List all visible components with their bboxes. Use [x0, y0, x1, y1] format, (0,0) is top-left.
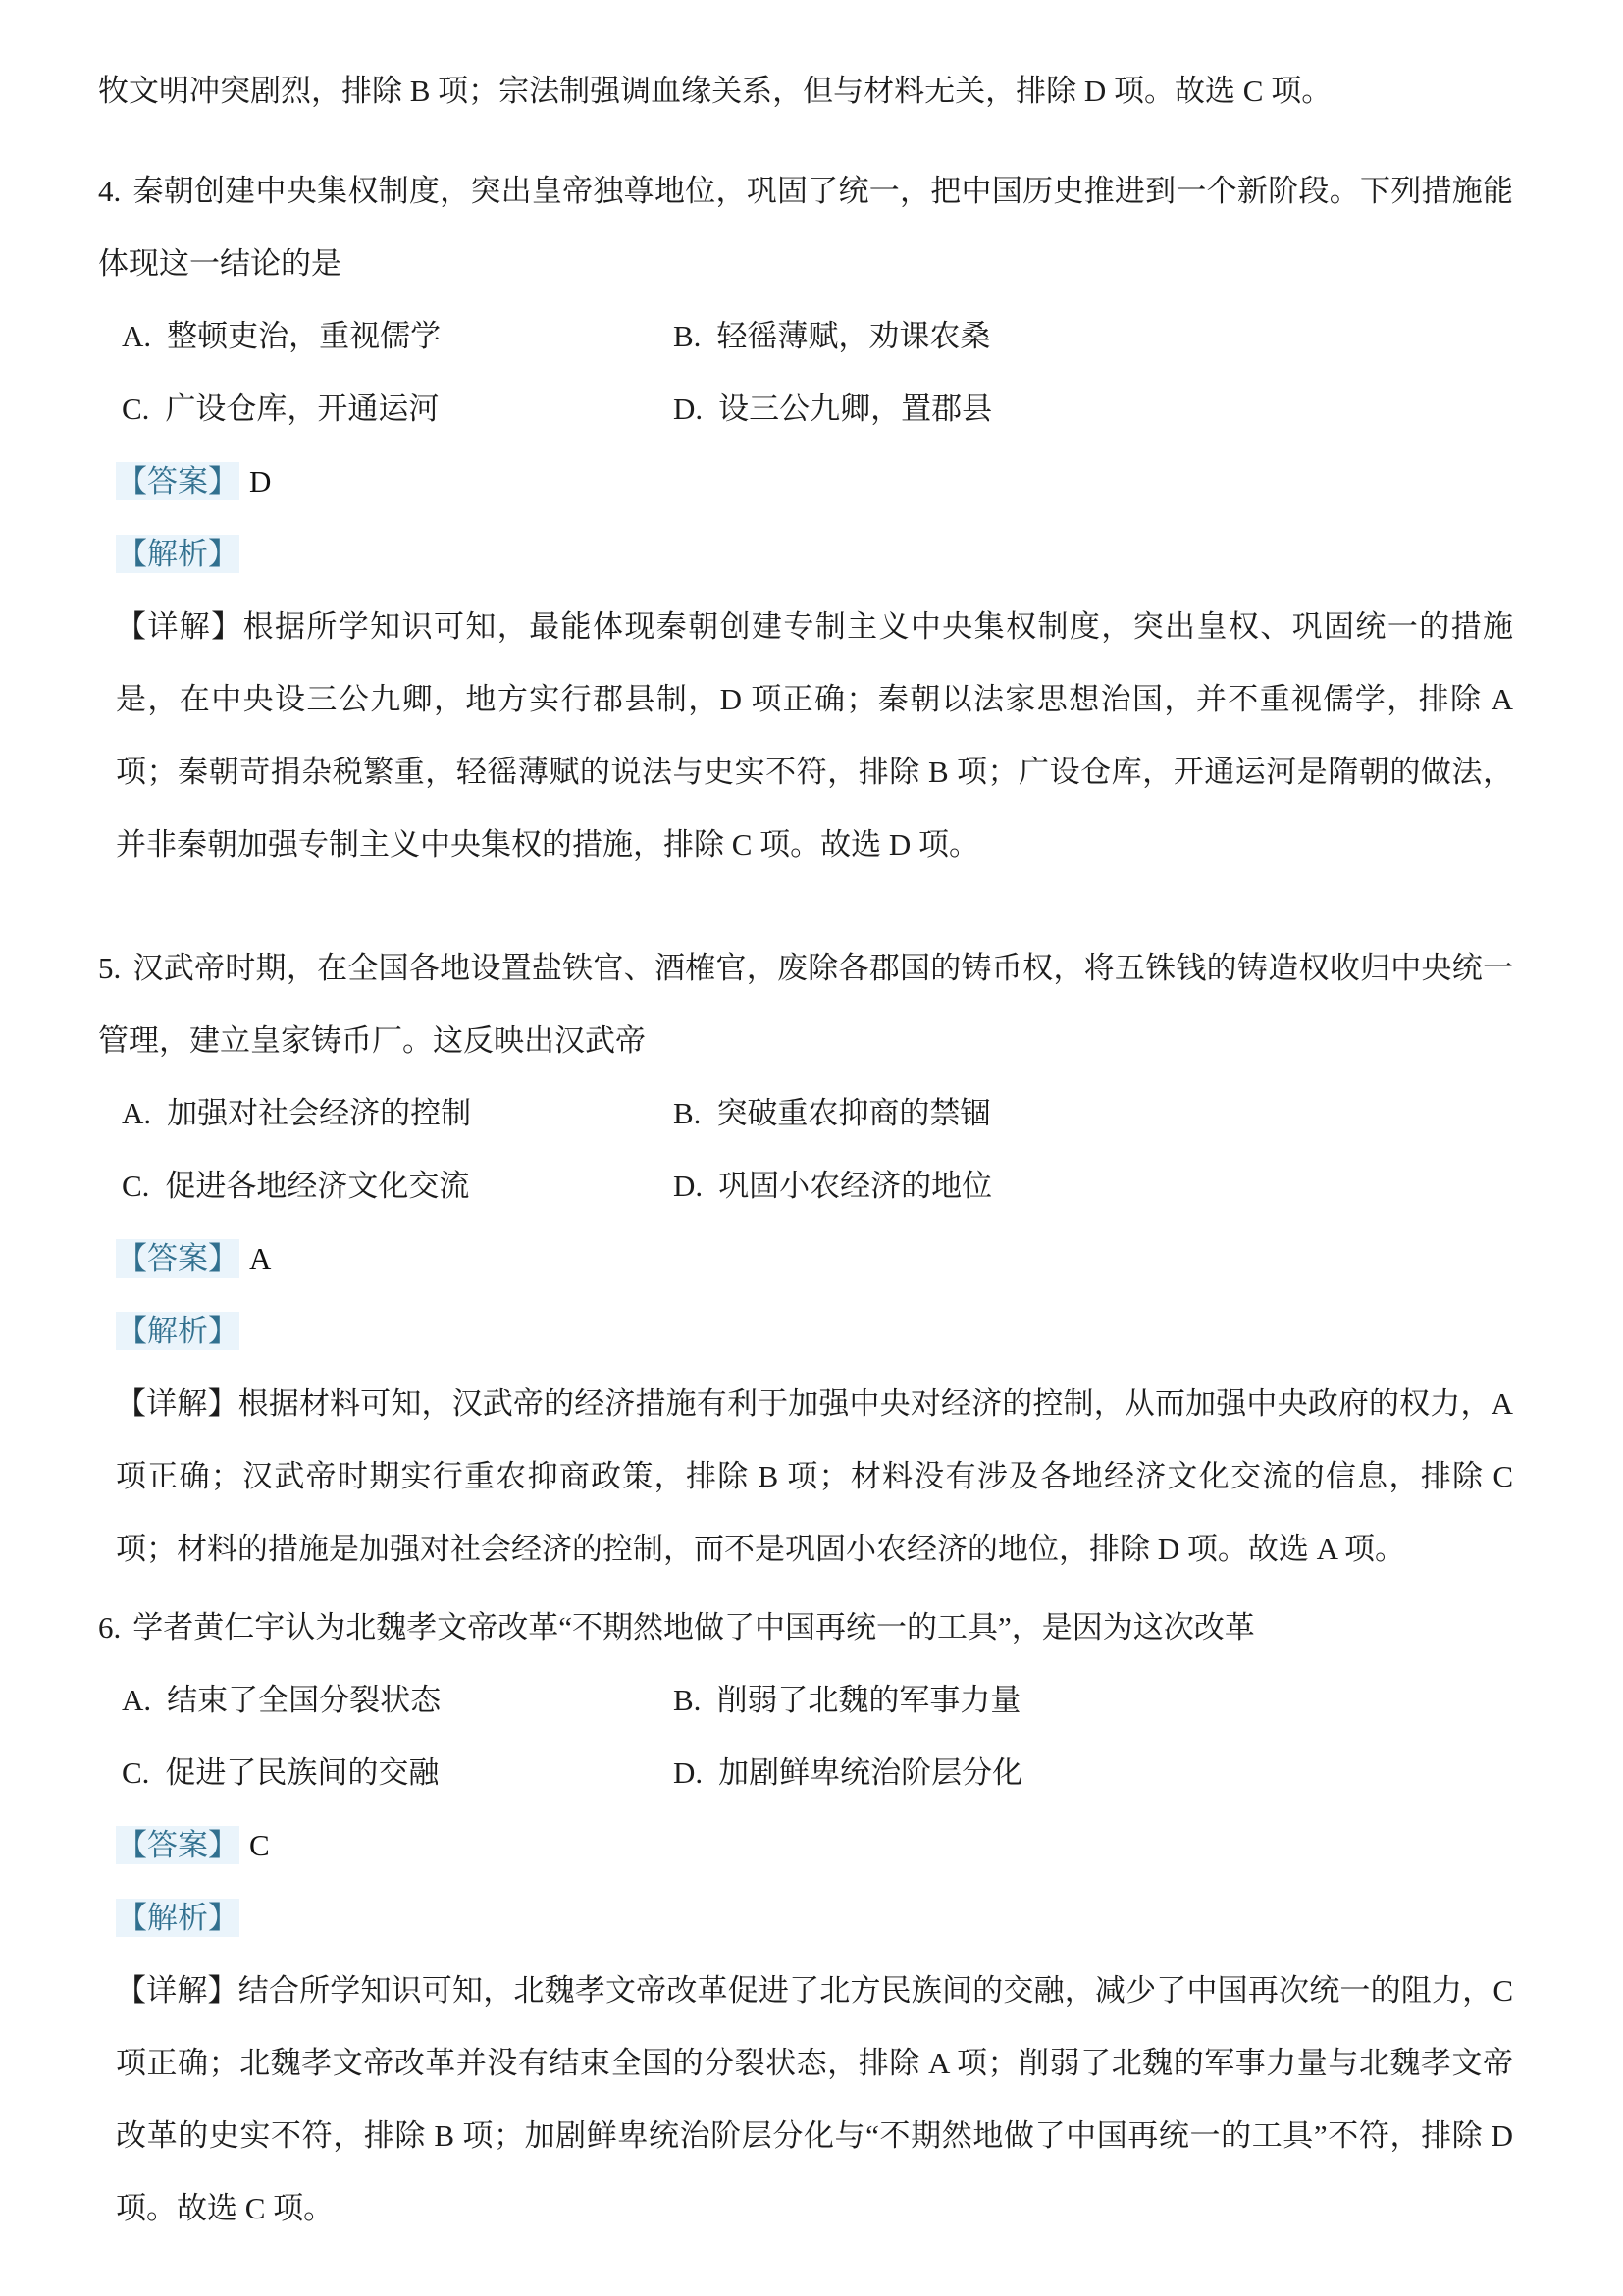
answer-label: 【答案】	[116, 1239, 239, 1278]
option-d: D.巩固小农经济的地位	[673, 1150, 1513, 1223]
option-label: D.	[673, 1169, 703, 1203]
option-a: A.整顿吏治，重视儒学	[122, 300, 673, 373]
detail-label: 【详解】	[116, 1386, 238, 1421]
question-stem-text: 秦朝创建中央集权制度，突出皇帝独尊地位，巩固了统一，把中国历史推进到一个新阶段。…	[98, 174, 1513, 281]
analysis-line: 【解析】	[98, 1295, 1513, 1368]
detail-label: 【详解】	[116, 609, 243, 644]
analysis-label: 【解析】	[116, 1899, 239, 1937]
question-block-5: 5.汉武帝时期，在全国各地设置盐铁官、酒榷官，废除各郡国的铸币权，将五铢钱的铸造…	[98, 932, 1513, 1586]
option-b: B.突破重农抑商的禁锢	[673, 1077, 1513, 1150]
answer-line: 【答案】D	[98, 445, 1513, 518]
answer-letter: C	[249, 1828, 270, 1862]
analysis-line: 【解析】	[98, 1882, 1513, 1955]
option-b: B.轻徭薄赋，劝课农桑	[673, 300, 1513, 373]
detail-text: 根据材料可知，汉武帝的经济措施有利于加强中央对经济的控制，从而加强中央政府的权力…	[116, 1386, 1513, 1566]
option-text: 突破重农抑商的禁锢	[716, 1096, 990, 1130]
option-text: 广设仓库，开通运河	[165, 391, 439, 426]
option-b: B.削弱了北魏的军事力量	[673, 1664, 1513, 1737]
option-label: C.	[122, 1169, 149, 1203]
answer-line: 【答案】C	[98, 1809, 1513, 1882]
option-a: A.加强对社会经济的控制	[122, 1077, 673, 1150]
option-label: C.	[122, 1755, 149, 1790]
options-grid: A.结束了全国分裂状态 B.削弱了北魏的军事力量 C.促进了民族间的交融 D.加…	[98, 1664, 1513, 1809]
option-label: B.	[673, 1096, 701, 1130]
answer-letter: D	[249, 464, 271, 498]
detail-label: 【详解】	[116, 1973, 238, 2008]
option-c: C.广设仓库，开通运河	[122, 373, 673, 445]
question-number: 4.	[98, 174, 121, 208]
option-text: 设三公九卿，置郡县	[718, 391, 992, 426]
option-label: D.	[673, 391, 703, 426]
question-stem: 6.学者黄仁宇认为北魏孝文帝改革“不期然地做了中国再统一的工具”，是因为这次改革	[98, 1592, 1513, 1664]
answer-line: 【答案】A	[98, 1223, 1513, 1295]
question-block-4: 4.秦朝创建中央集权制度，突出皇帝独尊地位，巩固了统一，把中国历史推进到一个新阶…	[98, 155, 1513, 881]
answer-label: 【答案】	[116, 1826, 239, 1864]
analysis-line: 【解析】	[98, 518, 1513, 591]
answer-label: 【答案】	[116, 462, 239, 500]
question-stem-text: 学者黄仁宇认为北魏孝文帝改革“不期然地做了中国再统一的工具”，是因为这次改革	[132, 1610, 1255, 1644]
option-text: 巩固小农经济的地位	[718, 1169, 992, 1203]
option-c: C.促进各地经济文化交流	[122, 1150, 673, 1223]
document-page: 牧文明冲突剧烈，排除 B 项；宗法制强调血缘关系，但与材料无关，排除 D 项。故…	[0, 0, 1623, 2296]
option-a: A.结束了全国分裂状态	[122, 1664, 673, 1737]
option-label: D.	[673, 1755, 703, 1790]
question-stem-text: 汉武帝时期，在全国各地设置盐铁官、酒榷官，废除各郡国的铸币权，将五铢钱的铸造权收…	[98, 951, 1513, 1058]
option-label: A.	[122, 1096, 151, 1130]
option-label: C.	[122, 391, 149, 426]
option-text: 轻徭薄赋，劝课农桑	[716, 319, 990, 353]
option-text: 削弱了北魏的军事力量	[716, 1683, 1021, 1717]
detail-paragraph: 【详解】根据所学知识可知，最能体现秦朝创建专制主义中央集权制度，突出皇权、巩固统…	[98, 591, 1513, 881]
option-text: 整顿吏治，重视儒学	[167, 319, 441, 353]
option-text: 结束了全国分裂状态	[167, 1683, 441, 1717]
analysis-label: 【解析】	[116, 1312, 239, 1350]
option-label: A.	[122, 1683, 151, 1717]
option-text: 加强对社会经济的控制	[167, 1096, 471, 1130]
detail-text: 根据所学知识可知，最能体现秦朝创建专制主义中央集权制度，突出皇权、巩固统一的措施…	[116, 609, 1513, 861]
option-d: D.设三公九卿，置郡县	[673, 373, 1513, 445]
question-number: 5.	[98, 951, 121, 985]
option-c: C.促进了民族间的交融	[122, 1737, 673, 1809]
analysis-label: 【解析】	[116, 535, 239, 573]
detail-paragraph: 【详解】根据材料可知，汉武帝的经济措施有利于加强中央对经济的控制，从而加强中央政…	[98, 1368, 1513, 1586]
detail-paragraph: 【详解】结合所学知识可知，北魏孝文帝改革促进了北方民族间的交融，减少了中国再次统…	[98, 1955, 1513, 2245]
option-label: A.	[122, 319, 151, 353]
detail-text: 结合所学知识可知，北魏孝文帝改革促进了北方民族间的交融，减少了中国再次统一的阻力…	[116, 1973, 1513, 2225]
answer-letter: A	[249, 1241, 271, 1276]
question-number: 6.	[98, 1610, 121, 1644]
question-stem: 4.秦朝创建中央集权制度，突出皇帝独尊地位，巩固了统一，把中国历史推进到一个新阶…	[98, 155, 1513, 300]
question-block-6: 6.学者黄仁宇认为北魏孝文帝改革“不期然地做了中国再统一的工具”，是因为这次改革…	[98, 1592, 1513, 2245]
option-text: 促进了民族间的交融	[165, 1755, 439, 1790]
intro-continuation-line: 牧文明冲突剧烈，排除 B 项；宗法制强调血缘关系，但与材料无关，排除 D 项。故…	[98, 55, 1513, 128]
option-d: D.加剧鲜卑统治阶层分化	[673, 1737, 1513, 1809]
options-grid: A.加强对社会经济的控制 B.突破重农抑商的禁锢 C.促进各地经济文化交流 D.…	[98, 1077, 1513, 1223]
option-label: B.	[673, 1683, 701, 1717]
question-stem: 5.汉武帝时期，在全国各地设置盐铁官、酒榷官，废除各郡国的铸币权，将五铢钱的铸造…	[98, 932, 1513, 1077]
options-grid: A.整顿吏治，重视儒学 B.轻徭薄赋，劝课农桑 C.广设仓库，开通运河 D.设三…	[98, 300, 1513, 445]
option-label: B.	[673, 319, 701, 353]
option-text: 加剧鲜卑统治阶层分化	[718, 1755, 1022, 1790]
option-text: 促进各地经济文化交流	[165, 1169, 469, 1203]
